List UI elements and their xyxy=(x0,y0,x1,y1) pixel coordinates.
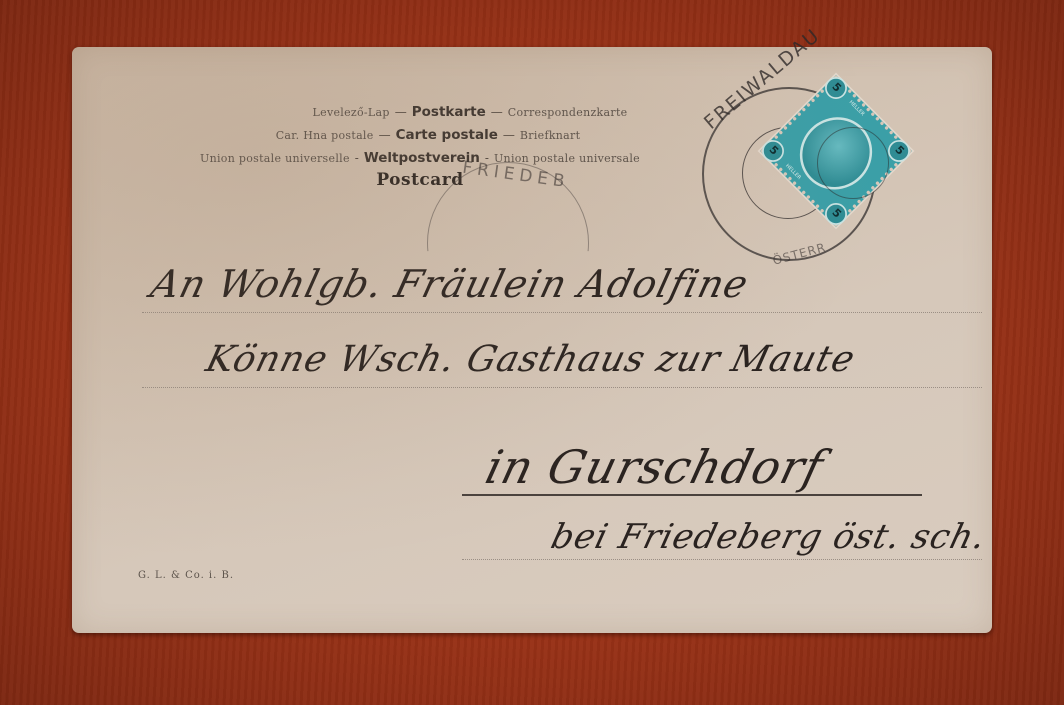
address-line-3 xyxy=(462,494,922,496)
header-briefkaart: Briefknart xyxy=(520,129,580,142)
header-italian: Car. Hna postale xyxy=(276,129,374,142)
stamp-value-tl: 5 xyxy=(821,73,852,104)
header-correspondenzkarte: Correspondenzkarte xyxy=(508,106,628,119)
printer-imprint: G. L. & Co. i. B. xyxy=(138,570,234,581)
stamp-currency-bottom: HELLER xyxy=(784,163,802,181)
address-region: bei Friedeberg öst. sch. xyxy=(547,517,990,557)
address-care-of: Könne Wsch. Gasthaus zur Maute xyxy=(202,339,860,380)
header-row-2: Car. Hna postale—Carte postale—Briefknar… xyxy=(108,124,748,143)
header-postkarte: Postkarte xyxy=(412,104,486,120)
header-hungarian: Levelező-Lap xyxy=(313,106,390,119)
address-line-4 xyxy=(462,559,982,560)
postcard: Levelező-Lap—Postkarte—Correspondenzkart… xyxy=(72,47,992,633)
header-union-fr: Union postale universelle xyxy=(200,152,350,165)
header-carte-postale: Carte postale xyxy=(396,127,498,143)
header-row-1: Levelező-Lap—Postkarte—Correspondenzkart… xyxy=(150,101,790,120)
header-row-4: Postcard xyxy=(100,170,740,190)
address-line-1 xyxy=(142,312,982,313)
address-town: in Gurschdorf xyxy=(480,440,829,494)
stamp-value-br: 5 xyxy=(821,199,852,230)
header-row-3: Union postale universelle-Weltpostverein… xyxy=(100,147,740,166)
stamp-value-bl: 5 xyxy=(758,136,789,167)
stamp-currency-top: HELLER xyxy=(848,99,866,117)
address-recipient: An Wohlgb. Fräulein Adolfine xyxy=(147,262,754,306)
address-line-2 xyxy=(142,387,982,388)
stamp-cancellation xyxy=(817,127,889,199)
